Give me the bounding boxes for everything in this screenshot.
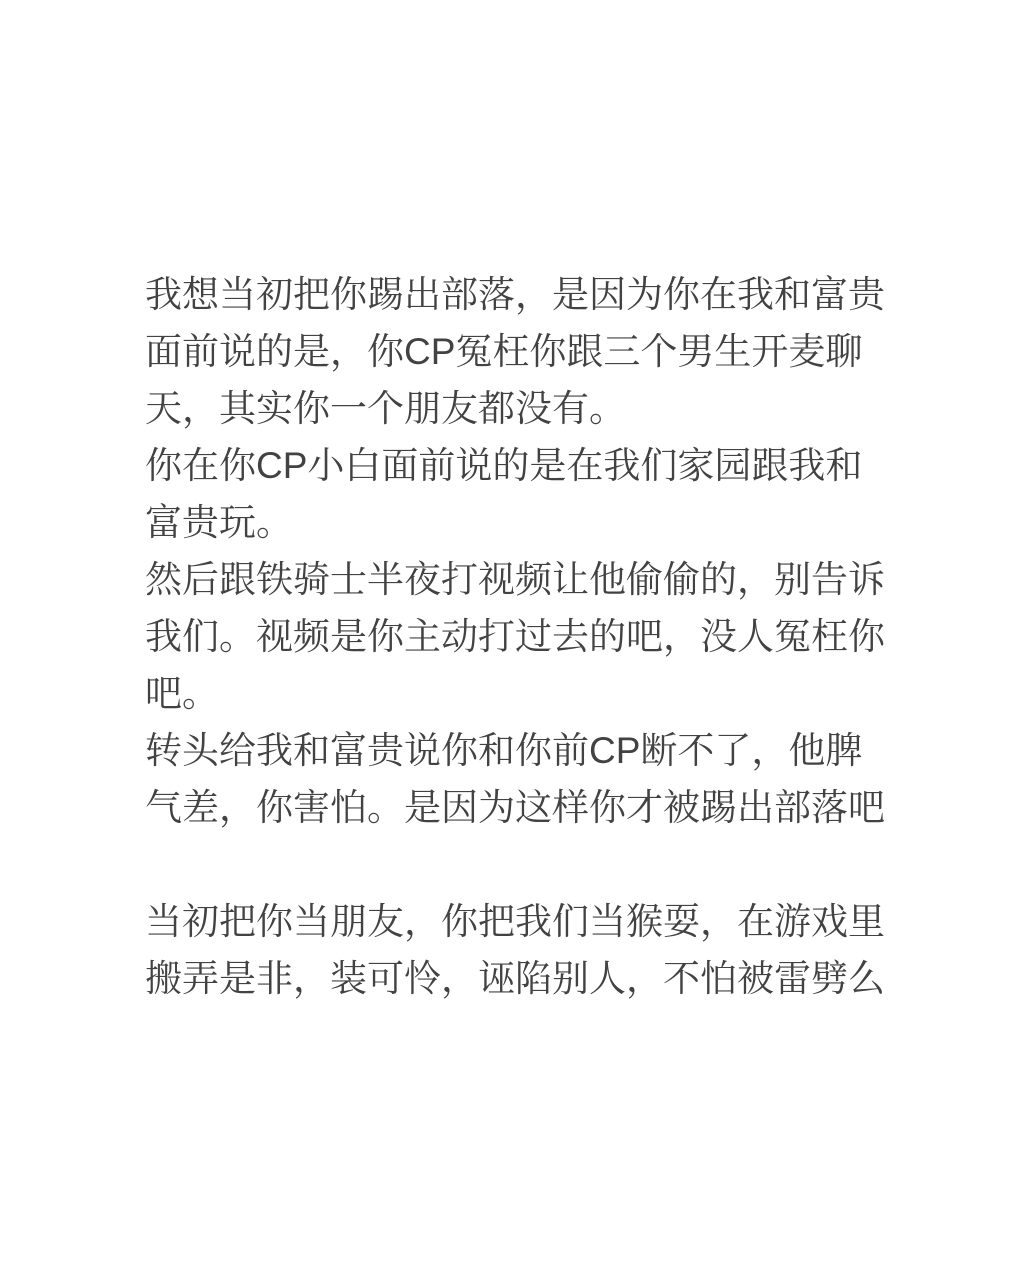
text-line: 面前说的是，你CP冤枉你跟三个男生开麦聊 — [145, 323, 890, 380]
text-line: 吧。 — [145, 665, 890, 722]
text-line: 我想当初把你踢出部落，是因为你在我和富贵 — [145, 266, 890, 323]
text-line: 转头给我和富贵说你和你前CP断不了，他脾 — [145, 722, 890, 779]
text-line: 天，其实你一个朋友都没有。 — [145, 380, 890, 437]
text-line: 富贵玩。 — [145, 494, 890, 551]
text-line: 我们。视频是你主动打过去的吧，没人冤枉你 — [145, 608, 890, 665]
text-line: 搬弄是非，装可怜，诬陷别人，不怕被雷劈么 — [145, 950, 890, 1007]
text-line: 当初把你当朋友，你把我们当猴耍，在游戏里 — [145, 893, 890, 950]
text-block: 我想当初把你踢出部落，是因为你在我和富贵 面前说的是，你CP冤枉你跟三个男生开麦… — [145, 266, 890, 1007]
blank-line — [145, 836, 890, 893]
text-line: 你在你CP小白面前说的是在我们家园跟我和 — [145, 437, 890, 494]
text-screenshot-page: 我想当初把你踢出部落，是因为你在我和富贵 面前说的是，你CP冤枉你跟三个男生开麦… — [0, 0, 1020, 1275]
text-line: 然后跟铁骑士半夜打视频让他偷偷的，别告诉 — [145, 551, 890, 608]
text-line: 气差，你害怕。是因为这样你才被踢出部落吧 — [145, 779, 890, 836]
